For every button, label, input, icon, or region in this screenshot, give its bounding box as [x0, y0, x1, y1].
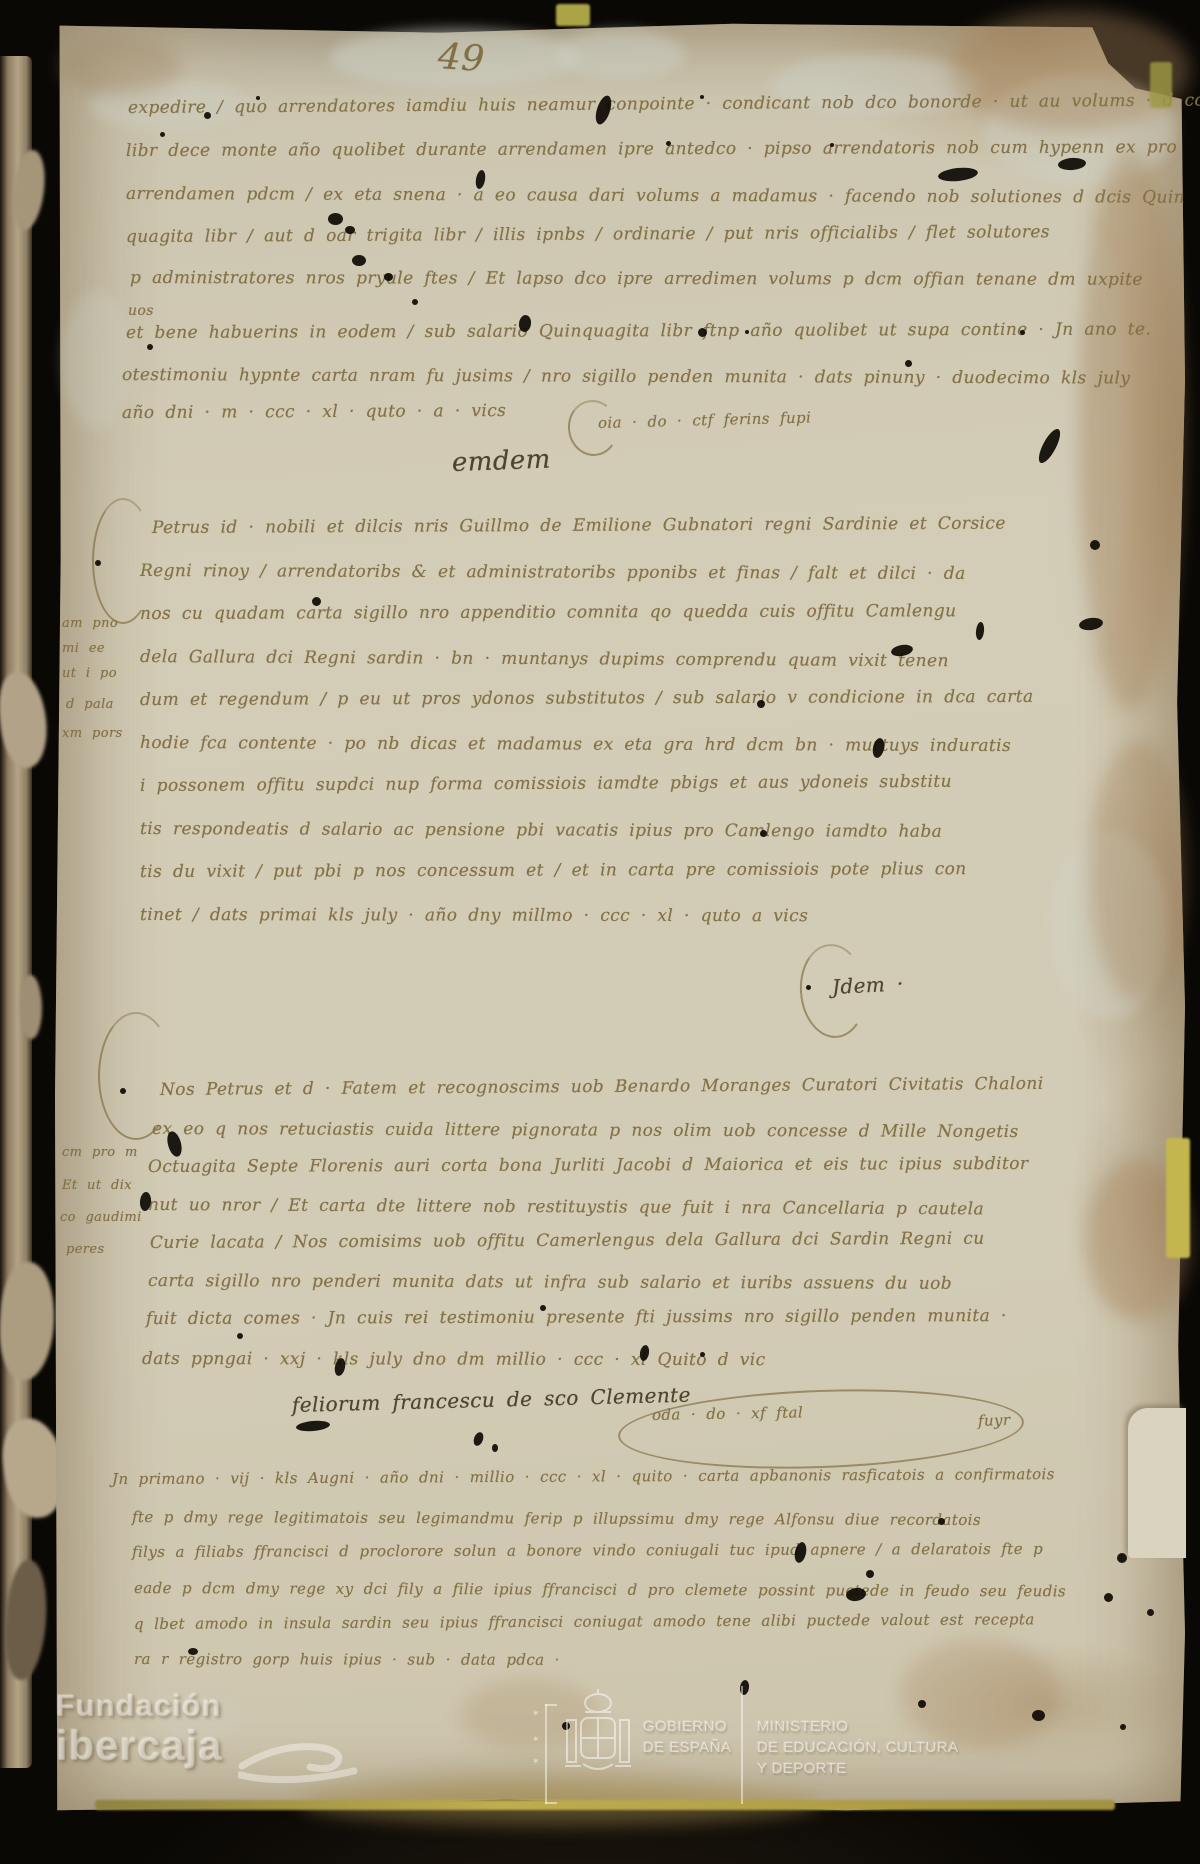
- ink-blot: [666, 141, 671, 146]
- ibercaja-logo-icon: [238, 1728, 358, 1798]
- scribal-flourish: [92, 498, 154, 624]
- ink-blot: [1090, 540, 1100, 550]
- paragraph-1-line: et bene habuerins in eodem / sub salario…: [126, 319, 1151, 343]
- star-icon: ✶: [532, 1734, 540, 1745]
- logo-bracket: [545, 1704, 547, 1804]
- logo-bracket: [545, 1802, 557, 1804]
- ink-blot: [918, 1700, 926, 1708]
- paragraph-1-line: libr dece monte año quolibet durante arr…: [126, 137, 1177, 161]
- marginalia-2-line: Et ut dix: [62, 1178, 132, 1193]
- paragraph-4-line: filys a filiabs ffrancisci d proclorore …: [132, 1540, 1043, 1561]
- ink-blot: [700, 1352, 705, 1357]
- stain: [1090, 740, 1185, 1000]
- damage-patch: [555, 30, 685, 80]
- marginalia-1-line: xm pors: [62, 726, 123, 741]
- page-number: 49: [437, 36, 486, 80]
- gobierno-label: GOBIERNO DE ESPAÑA: [643, 1716, 731, 1758]
- ink-blot: [745, 330, 749, 334]
- ink-blot: [1104, 1593, 1113, 1602]
- ink-blot: [1032, 1710, 1045, 1721]
- marginalia-2-line: co gaudimi: [60, 1210, 142, 1225]
- ink-blot: [1117, 1553, 1127, 1563]
- paragraph-2-line: dela Gallura dci Regni sardin · bn · mun…: [140, 647, 949, 671]
- manuscript-photo: 49 expedire / quo arrendatores iamdiu hu…: [0, 0, 1200, 1864]
- paragraph-2-line: Regni rinoy / arrendatoribs & et adminis…: [140, 561, 966, 584]
- paragraph-2-line: i possonem offitu supdci nup forma comis…: [140, 772, 952, 796]
- ink-blot: [938, 1518, 945, 1525]
- ibercaja-foundation-label: Fundación: [56, 1688, 222, 1724]
- ink-blot: [830, 143, 834, 147]
- paragraph-4-line: fte p dmy rege legitimatois seu legimand…: [132, 1508, 981, 1529]
- ink-blot: [256, 96, 260, 100]
- ibercaja-brand-label: ibercaja: [56, 1722, 223, 1770]
- logo-divider: [741, 1686, 743, 1804]
- gilt-edge: [1150, 62, 1172, 108]
- ink-blot: [905, 360, 912, 367]
- ink-blot: [866, 1570, 874, 1578]
- paragraph-4-line: eade p dcm dmy rege xy dci fily a filie …: [134, 1579, 1066, 1600]
- paragraph-3-line: ex eo q nos retuciastis cuida littere pi…: [152, 1119, 1019, 1142]
- paragraph-2-line: nos cu quadam carta sigillo nro appendit…: [140, 601, 957, 624]
- marginalia-2-line: cm pro m: [62, 1145, 138, 1160]
- paragraph-1-line: arrendamen pdcm / ex eta snena · a eo ca…: [126, 184, 1185, 208]
- ink-blot: [384, 273, 393, 281]
- ink-blot: [237, 1333, 243, 1339]
- paragraph-2-line: tis du vixit / put pbi p nos concessum e…: [140, 859, 967, 882]
- gilt-edge: [556, 4, 590, 26]
- ink-blot: [492, 1444, 498, 1452]
- ink-blot: [1020, 330, 1025, 335]
- paragraph-1-line: año dni · m · ccc · xl · quto · a · vics: [122, 401, 506, 423]
- marginalia-1-line: mi ee: [62, 641, 105, 656]
- scribal-flourish: [98, 1012, 174, 1140]
- torn-page-edge: [0, 1260, 58, 1381]
- ink-blot: [698, 328, 707, 337]
- ink-blot: [540, 1305, 546, 1311]
- marginalia-1-line: d pala: [66, 697, 114, 712]
- ink-blot: [412, 299, 418, 305]
- ink-blot: [312, 597, 321, 606]
- paragraph-3-line: carta sigillo nro penderi munita dats ut…: [148, 1271, 952, 1294]
- paragraph-3-line: Octuagita Septe Florenis auri corta bona…: [148, 1154, 1028, 1177]
- ink-blot: [147, 344, 153, 350]
- gilt-edge: [1166, 1138, 1190, 1258]
- paragraph-1-line: uos: [128, 303, 154, 319]
- ink-blot: [700, 95, 704, 99]
- paragraph-1-line: otestimoniu hypnte carta nram fu jusims …: [122, 365, 1130, 389]
- paragraph-2-line: tinet / dats primai kls july · año dny m…: [140, 905, 808, 926]
- ink-blot: [1147, 1609, 1154, 1616]
- ministerio-line3: Y DEPORTE: [757, 1758, 958, 1779]
- paragraph-3-line: fuit dicta comes · Jn cuis rei testimoni…: [146, 1306, 1007, 1329]
- paragraph-2-line: tis respondeatis d salario ac pensione p…: [140, 819, 942, 842]
- gilt-edge: [95, 1800, 1115, 1810]
- stain: [60, 36, 180, 96]
- star-icon: ✶: [532, 1708, 540, 1719]
- ink-blot: [188, 1648, 198, 1655]
- gobierno-line2: DE ESPAÑA: [643, 1737, 731, 1758]
- ink-blot: [204, 112, 211, 119]
- torn-page-edge: [20, 975, 42, 1039]
- spain-coat-of-arms-icon: [563, 1688, 633, 1788]
- paragraph-4-line: ra r registro gorp huis ipius · sub · da…: [134, 1650, 560, 1669]
- ink-blot: [160, 132, 165, 137]
- ink-blot: [328, 213, 343, 225]
- ministerio-line2: DE EDUCACIÓN, CULTURA: [757, 1737, 958, 1758]
- marginalia-1-line: ut i po: [62, 666, 117, 681]
- paragraph-3-line: dats ppngai · xxj · kls july dno dm mill…: [142, 1349, 766, 1370]
- marginalia-2-line: peres: [66, 1242, 105, 1257]
- paragraph-1-line: p administratores nros pryule ftes / Et …: [130, 268, 1143, 290]
- ministerio-line1: MINISTERIO: [757, 1716, 958, 1737]
- ink-blot: [1120, 1724, 1126, 1730]
- ink-blot: [760, 830, 767, 837]
- paragraph-2-line: dum et regendum / p eu ut pros ydonos su…: [140, 687, 1034, 710]
- ministerio-label: MINISTERIO DE EDUCACIÓN, CULTURA Y DEPOR…: [757, 1716, 958, 1779]
- gobierno-line1: GOBIERNO: [643, 1716, 731, 1737]
- logo-bracket: [545, 1704, 557, 1706]
- heading-emdem-line: emdem: [451, 445, 551, 478]
- star-icon: ✶: [532, 1756, 540, 1767]
- ink-blot: [757, 700, 765, 708]
- repair-patch: [1128, 1408, 1186, 1558]
- ink-blot: [352, 255, 366, 266]
- ink-blot: [345, 226, 355, 234]
